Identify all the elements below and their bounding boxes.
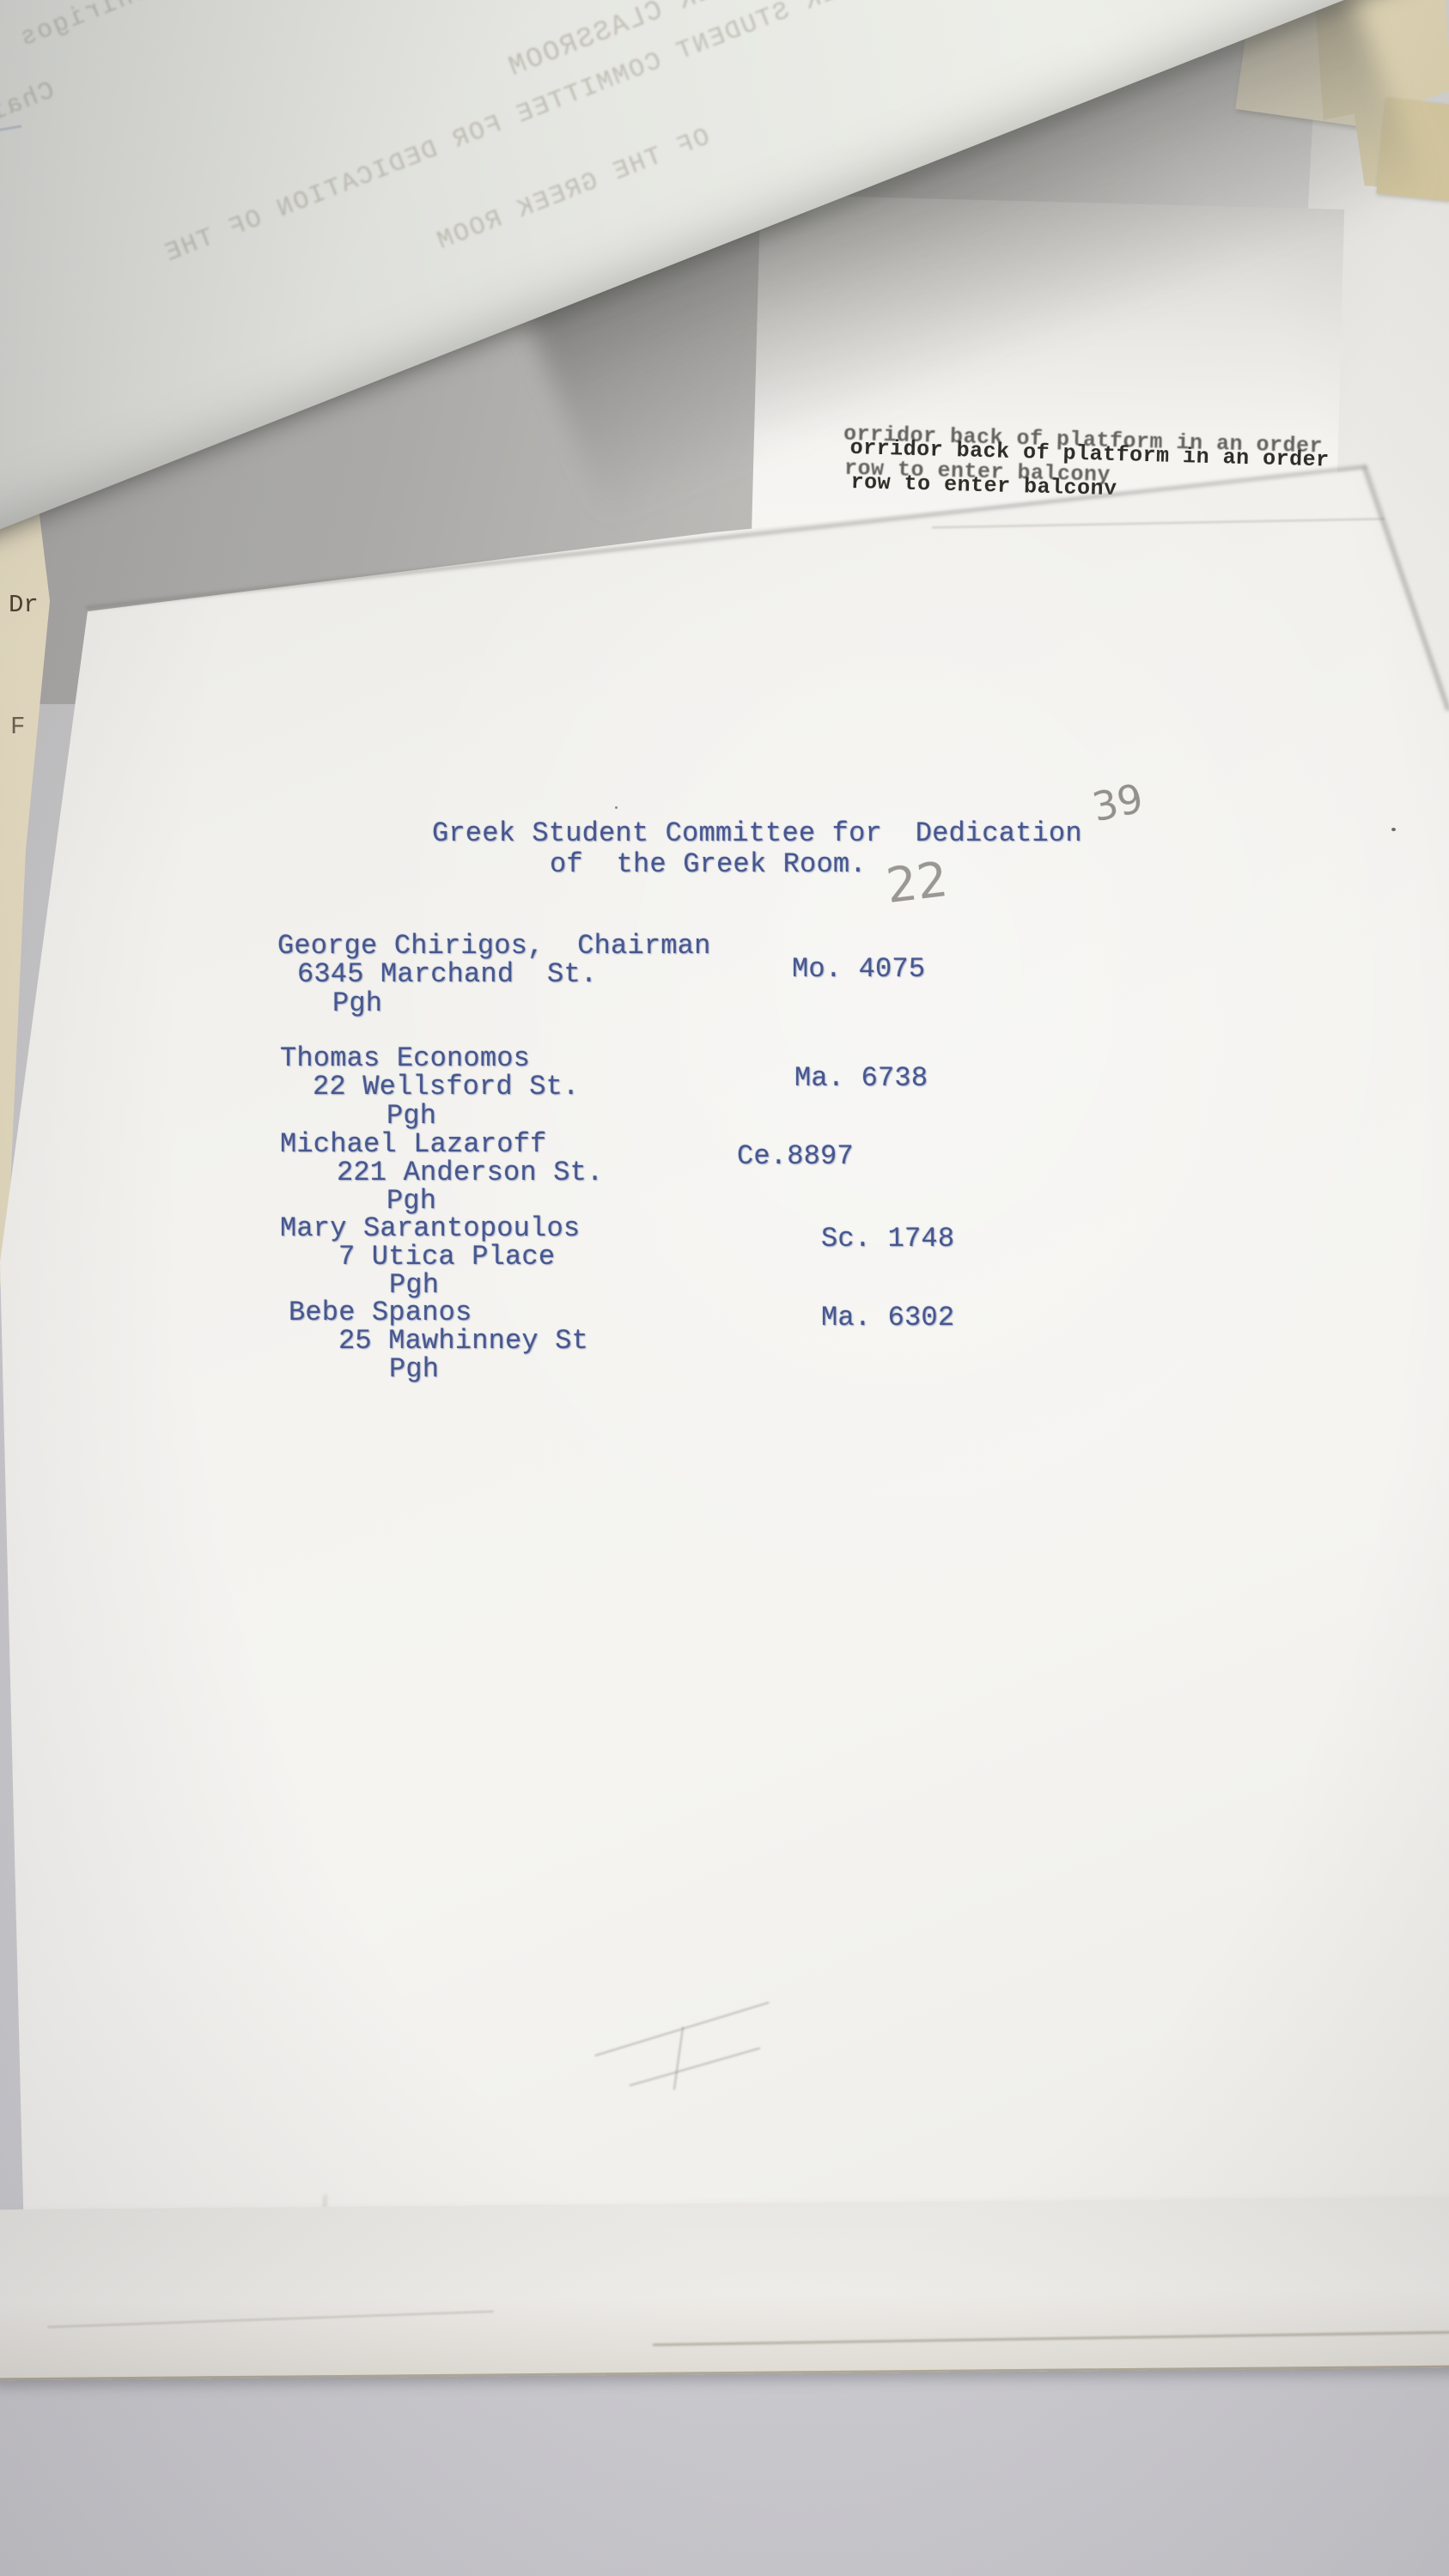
member-city: Pgh xyxy=(387,1100,436,1132)
bleed-text-line: Chairman xyxy=(0,76,59,154)
bleed-ink-dash-2 xyxy=(0,125,21,132)
member-phone: Ce.8897 xyxy=(737,1140,854,1172)
left-scrap-text: Dr xyxy=(9,591,39,619)
member-name: Mary Sarantopoulos xyxy=(280,1212,580,1244)
member-address: 22 Wellsford St. xyxy=(313,1071,579,1103)
member-name: Michael Lazaroff xyxy=(280,1128,546,1160)
bottom-under-sheet xyxy=(0,2196,1449,2380)
member-name: Thomas Economos xyxy=(280,1042,530,1074)
paper-speck-title xyxy=(615,806,618,809)
left-scrap-fragment: F xyxy=(10,713,25,741)
member-city: Pgh xyxy=(332,987,382,1019)
member-address: 221 Anderson St. xyxy=(337,1157,603,1188)
document-title-line1: Greek Student Committee for Dedication xyxy=(432,817,1082,849)
photo-of-typed-document: Dr F orridor back of platform in an orde… xyxy=(0,0,1449,2576)
member-name: Bebe Spanos xyxy=(289,1297,472,1328)
bleed-text-line: George Chirigos xyxy=(15,0,265,54)
paper-speck-right xyxy=(1391,828,1396,831)
member-city: Pgh xyxy=(389,1353,439,1385)
member-phone: Mo. 4075 xyxy=(792,953,925,985)
member-name: George Chirigos, Chairman xyxy=(277,930,710,962)
member-phone: Sc. 1748 xyxy=(821,1223,954,1255)
member-phone: Ma. 6302 xyxy=(821,1302,954,1334)
member-address: 6345 Marchand St. xyxy=(297,958,597,990)
member-address: 7 Utica Place xyxy=(338,1241,555,1273)
member-address: 25 Mawhinney St xyxy=(338,1325,588,1357)
pencil-number-22: 22 xyxy=(883,852,951,914)
member-phone: Ma. 6738 xyxy=(795,1062,928,1094)
document-title-line2: of the Greek Room. xyxy=(550,848,867,880)
